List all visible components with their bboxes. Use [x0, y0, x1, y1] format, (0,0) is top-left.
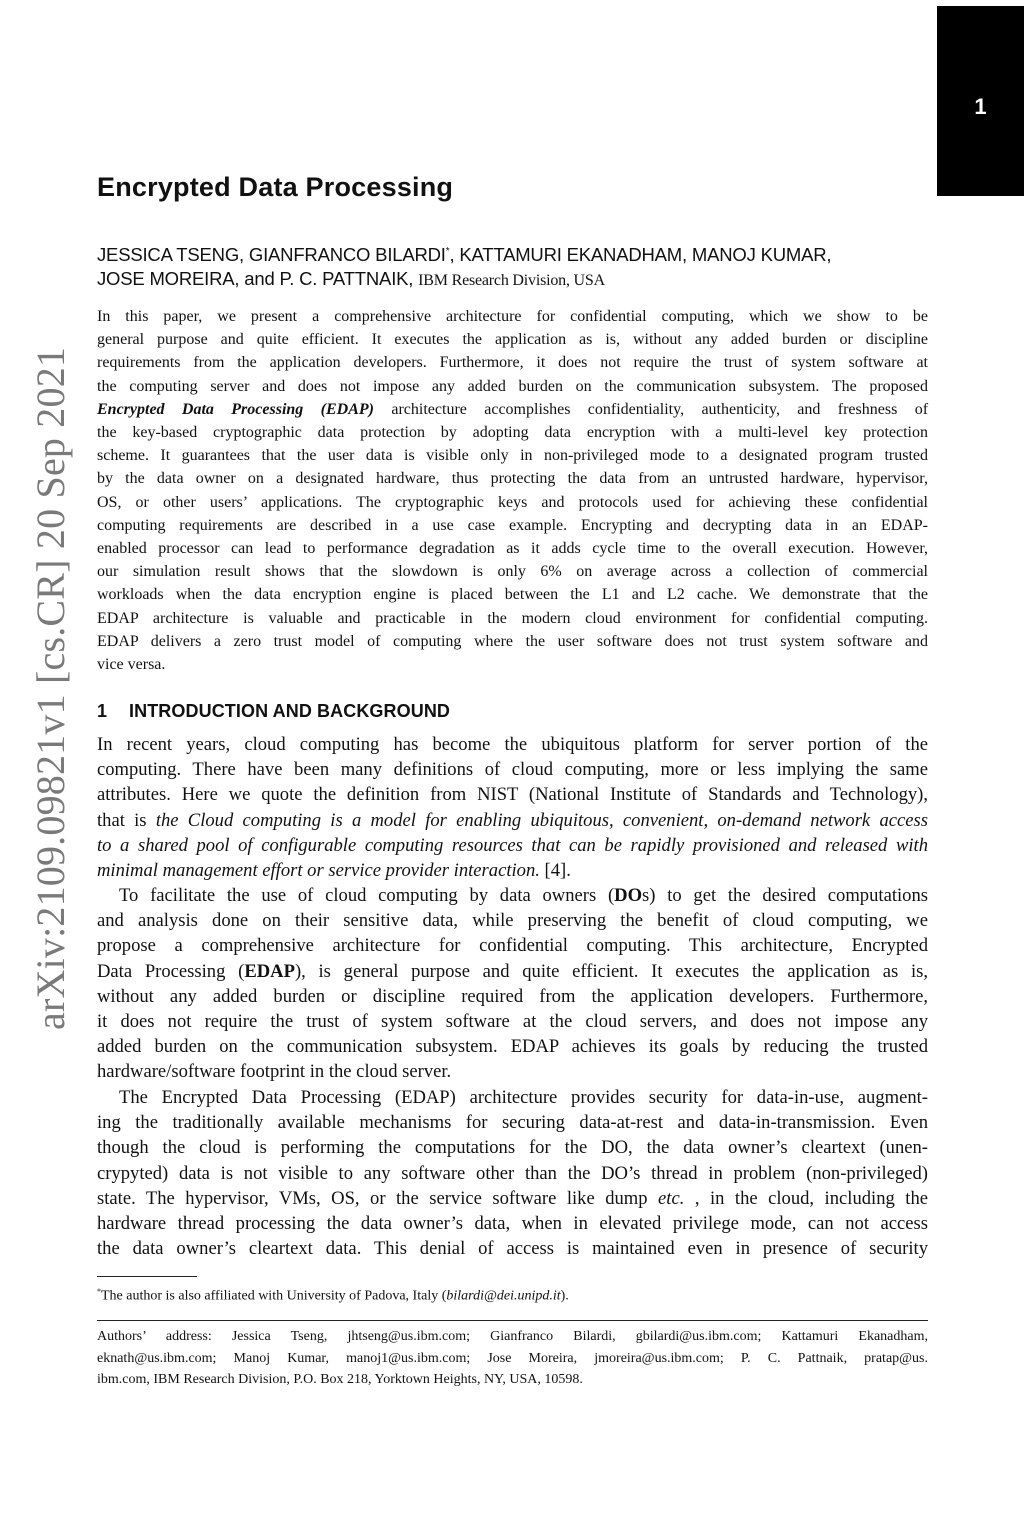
abstract: In this paper, we present a comprehensiv… [97, 305, 928, 676]
body-line: minimal management effort or service pro… [97, 858, 928, 883]
body-line: to a shared pool of configurable computi… [97, 833, 928, 858]
body-line: ing the traditionally available mechanis… [97, 1110, 928, 1135]
page-number-tab: 1 [937, 6, 1024, 196]
citation-link[interactable]: [4]. [540, 860, 571, 881]
body-line: propose a comprehensive architecture for… [97, 933, 928, 958]
body-line: hardware thread processing the data owne… [97, 1211, 928, 1236]
nist-quote: to a shared pool of configurable computi… [97, 835, 928, 856]
nist-quote: the Cloud computing is a model for enabl… [156, 810, 928, 831]
authors-address: Authors’ address: Jessica Tseng, jhtseng… [97, 1326, 928, 1391]
body-line: and analysis done on their sensitive dat… [97, 908, 928, 933]
footnote-text: The author is also affiliated with Unive… [101, 1289, 446, 1304]
intro-paragraph-3: The Encrypted Data Processing (EDAP) arc… [97, 1085, 928, 1261]
body-text: state. The hypervisor, VMs, OS, or the s… [97, 1188, 658, 1209]
address-line: Authors’ address: Jessica Tseng, jhtseng… [97, 1326, 928, 1348]
body-line: Data Processing (EDAP), is general purpo… [97, 959, 928, 984]
section-title: INTRODUCTION AND BACKGROUND [129, 701, 450, 721]
body-text-italic: etc. [658, 1188, 684, 1209]
body-line: attributes. Here we quote the definition… [97, 782, 928, 807]
abstract-line: the computing server and does not impose… [97, 375, 928, 398]
body-line: though the cloud is performing the compu… [97, 1135, 928, 1160]
body-line: In recent years, cloud computing has bec… [97, 732, 928, 757]
term-do: DO [614, 885, 642, 906]
author-line-1: JESSICA TSENG, GIANFRANCO BILARDI*, KATT… [97, 240, 932, 267]
author-affiliation: IBM Research Division, USA [418, 272, 605, 289]
footnote-rule [97, 1276, 197, 1277]
body-line: without any added burden or discipline r… [97, 984, 928, 1009]
body-line: that is the Cloud computing is a model f… [97, 808, 928, 833]
abstract-emphasis: Encrypted Data Processing (EDAP) [97, 401, 374, 418]
author-names: , KATTAMURI EKANADHAM, MANOJ KUMAR, [449, 244, 831, 265]
abstract-text: architecture accomplishes confidentialit… [391, 401, 928, 418]
body-line: added burden on the communication subsys… [97, 1034, 928, 1059]
abstract-line: EDAP architecture is valuable and practi… [97, 607, 928, 630]
body-text: that is [97, 810, 156, 831]
body-line: The Encrypted Data Processing (EDAP) arc… [97, 1085, 928, 1110]
body-line: it does not require the trust of system … [97, 1009, 928, 1034]
abstract-line: workloads when the data encryption engin… [97, 583, 928, 606]
author-names: JOSE MOREIRA, and P. C. PATTNAIK, [97, 268, 413, 289]
address-line: ibm.com, IBM Research Division, P.O. Box… [97, 1369, 928, 1391]
abstract-line: general purpose and quite efficient. It … [97, 328, 928, 351]
footnote-text: ). [561, 1289, 569, 1304]
intro-paragraph-1: In recent years, cloud computing has bec… [97, 732, 928, 883]
abstract-line: In this paper, we present a comprehensiv… [97, 305, 928, 328]
abstract-line: Encrypted Data Processing (EDAP) archite… [97, 398, 928, 421]
section-heading: 1INTRODUCTION AND BACKGROUND [97, 701, 450, 722]
intro-paragraph-2: To facilitate the use of cloud computing… [97, 883, 928, 1085]
term-edap: EDAP [244, 961, 295, 982]
page-number: 1 [937, 94, 1024, 120]
address-line: eknath@us.ibm.com; Manoj Kumar, manoj1@u… [97, 1348, 928, 1370]
body-text: To facilitate the use of cloud computing… [119, 885, 614, 906]
body-line: the data owner’s cleartext data. This de… [97, 1236, 928, 1261]
body-text: Data Processing ( [97, 961, 244, 982]
body-text: ), is general purpose and quite efficien… [295, 961, 928, 982]
author-line-2: JOSE MOREIRA, and P. C. PATTNAIK, IBM Re… [97, 267, 932, 293]
footnote: *The author is also affiliated with Univ… [97, 1282, 569, 1307]
abstract-line: scheme. It guarantees that the user data… [97, 444, 928, 467]
body-line: crypyted) data is not visible to any sof… [97, 1161, 928, 1186]
body-line: hardware/software footprint in the cloud… [97, 1059, 928, 1084]
body-line: To facilitate the use of cloud computing… [97, 883, 928, 908]
abstract-line: enabled processor can lead to performanc… [97, 537, 928, 560]
abstract-line: vice versa. [97, 653, 928, 676]
body-line: state. The hypervisor, VMs, OS, or the s… [97, 1186, 928, 1211]
footnote-email[interactable]: bilardi@dei.unipd.it [446, 1289, 560, 1304]
abstract-line: requirements from the application develo… [97, 351, 928, 374]
nist-quote: minimal management effort or service pro… [97, 860, 540, 881]
body-text: , in the cloud, including the [684, 1188, 928, 1209]
author-list: JESSICA TSENG, GIANFRANCO BILARDI*, KATT… [97, 240, 932, 293]
body-text: s) to get the desired computations [642, 885, 928, 906]
abstract-line: OS, or other users’ applications. The cr… [97, 491, 928, 514]
body-line: computing. There have been many definiti… [97, 757, 928, 782]
address-rule [97, 1320, 928, 1321]
section-number: 1 [97, 701, 129, 722]
abstract-line: EDAP delivers a zero trust model of comp… [97, 630, 928, 653]
abstract-line: the key-based cryptographic data protect… [97, 421, 928, 444]
author-names: JESSICA TSENG, GIANFRANCO BILARDI [97, 244, 446, 265]
abstract-line: by the data owner on a designated hardwa… [97, 467, 928, 490]
paper-title: Encrypted Data Processing [97, 172, 453, 203]
abstract-line: our simulation result shows that the slo… [97, 560, 928, 583]
arxiv-stamp: arXiv:2109.09821v1 [cs.CR] 20 Sep 2021 [29, 347, 73, 1030]
abstract-line: computing requirements are described in … [97, 514, 928, 537]
